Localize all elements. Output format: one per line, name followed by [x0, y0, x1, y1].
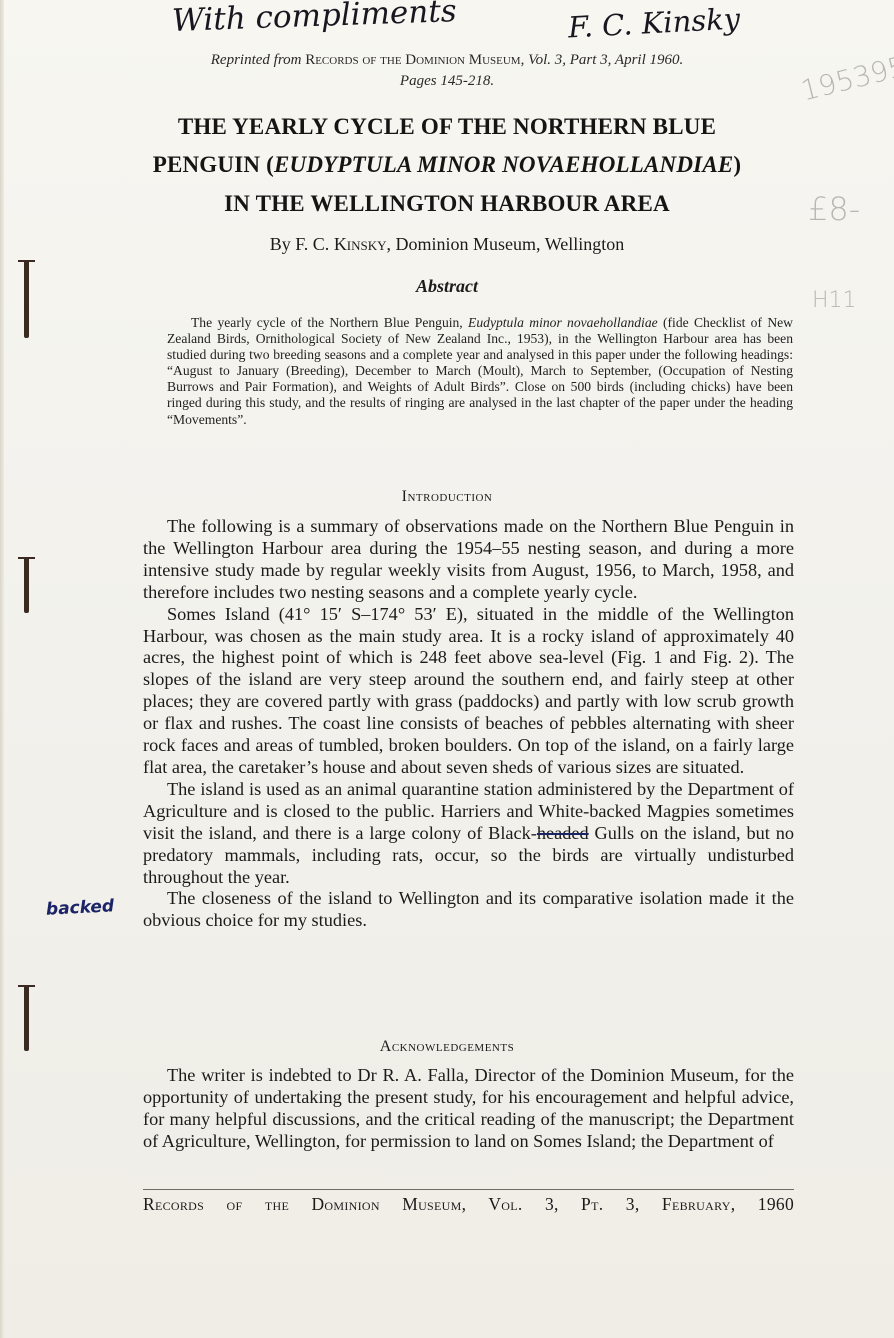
- paragraph: The following is a summary of observatio…: [143, 516, 794, 604]
- reprint-pages: Pages 145-218.: [0, 73, 894, 90]
- staple-icon: [24, 557, 29, 613]
- byline: By F. C. Kinsky, Dominion Museum, Wellin…: [0, 234, 894, 255]
- handwritten-signature: F. C. Kinsky: [567, 2, 741, 45]
- title-line-1: THE YEARLY CYCLE OF THE NORTHERN BLUE: [0, 114, 894, 140]
- abstract-body: The yearly cycle of the Northern Blue Pe…: [167, 315, 793, 428]
- margin-correction: backed: [46, 896, 115, 920]
- handwritten-inscription: With compliments: [171, 0, 457, 39]
- introduction-body: The following is a summary of observatio…: [143, 516, 794, 932]
- title-line-2: PENGUIN (EUDYPTULA MINOR NOVAEHOLLANDIAE…: [0, 152, 894, 178]
- footer-rule: [143, 1189, 794, 1190]
- title-line-3: IN THE WELLINGTON HARBOUR AREA: [0, 191, 894, 217]
- struck-word: headed: [537, 823, 589, 843]
- abstract-heading: Abstract: [0, 276, 894, 297]
- paragraph: The island is used as an animal quaranti…: [143, 779, 794, 889]
- reprint-notice: Reprinted from Records of the Dominion M…: [0, 52, 894, 69]
- acknowledgements-heading: Acknowledgements: [0, 1038, 894, 1056]
- acknowledgements-body: The writer is indebted to Dr R. A. Falla…: [143, 1065, 794, 1153]
- paragraph: Somes Island (41° 15′ S–174° 53′ E), sit…: [143, 604, 794, 779]
- staple-icon: [24, 260, 29, 338]
- running-footer: Records of the Dominion Museum, Vol. 3, …: [143, 1194, 794, 1215]
- introduction-heading: Introduction: [0, 488, 894, 506]
- paragraph: The closeness of the island to Wellingto…: [143, 888, 794, 932]
- document-page: With compliments F. C. Kinsky 195395 £8-…: [0, 0, 894, 1338]
